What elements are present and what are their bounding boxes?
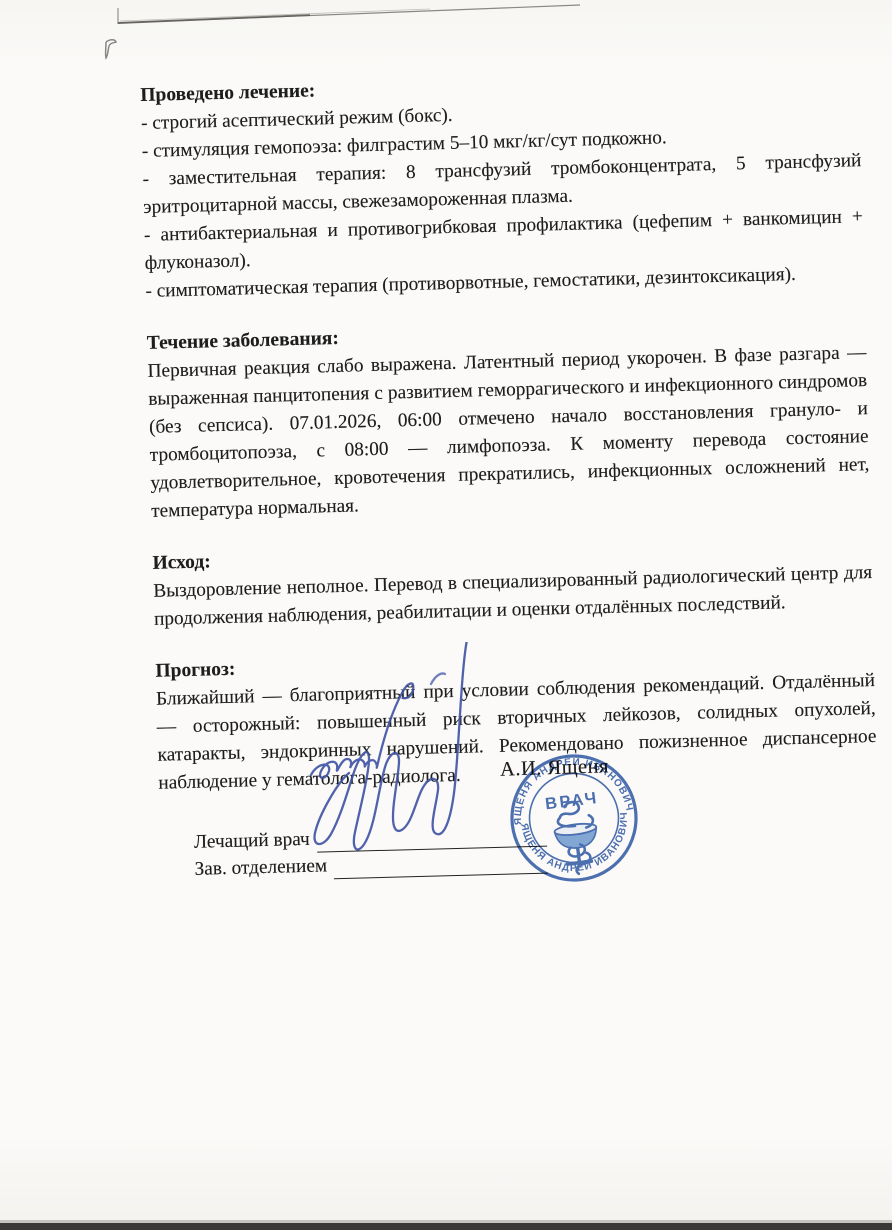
disease-course-paragraph: Первичная реакция слабо выражена. Латент…	[147, 339, 870, 526]
section-outcome: Исход: Выздоровление неполное. Перевод в…	[152, 531, 873, 634]
page-edge-line-dark	[118, 15, 310, 23]
section-treatment: Проведено лечение: - строгий асептически…	[140, 63, 865, 306]
attending-doctor-label: Лечащий врач	[194, 826, 310, 856]
page-edge-line	[118, 5, 580, 23]
scanned-document-page: Проведено лечение: - строгий асептически…	[0, 0, 892, 1230]
scan-bottom-edge	[0, 1223, 892, 1230]
pen-mark	[106, 40, 116, 58]
signature-block: Лечащий врач Зав. отделением	[194, 811, 880, 883]
section-disease-course: Течение заболевания: Первичная реакция с…	[146, 311, 870, 526]
department-head-label: Зав. отделением	[194, 852, 327, 882]
page-edge-line-light	[120, 9, 430, 21]
doctor-name: А.И. Ященя	[500, 755, 610, 781]
department-head-signature-line	[334, 851, 549, 880]
